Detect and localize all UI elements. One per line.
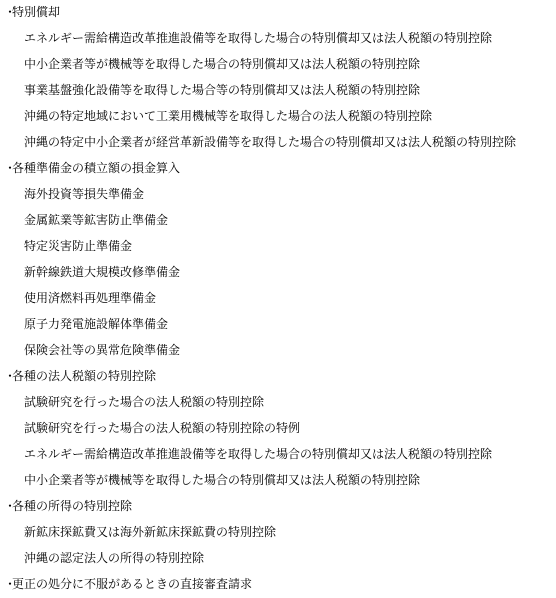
list-item: 沖縄の特定地域において工業用機械等を取得した場合の法人税額の特別控除 bbox=[0, 105, 556, 131]
section-heading: ・各種準備金の積立額の損金算入 bbox=[0, 157, 556, 183]
section-title: 特別償却 bbox=[12, 5, 60, 19]
list-item: 金属鉱業等鉱害防止準備金 bbox=[0, 209, 556, 235]
section-title: 各種準備金の積立額の損金算入 bbox=[12, 161, 180, 175]
bullet-icon: ・ bbox=[4, 495, 12, 517]
list-item: 沖縄の認定法人の所得の特別控除 bbox=[0, 547, 556, 573]
list-item: エネルギー需給構造改革推進設備等を取得した場合の特別償却又は法人税額の特別控除 bbox=[0, 27, 556, 53]
bullet-icon: ・ bbox=[4, 573, 12, 595]
list-item: 海外投資等損失準備金 bbox=[0, 183, 556, 209]
list-item: 試験研究を行った場合の法人税額の特別控除の特例 bbox=[0, 417, 556, 443]
list-item: 原子力発電施設解体準備金 bbox=[0, 313, 556, 339]
list-item: 新鉱床探鉱費又は海外新鉱床探鉱費の特別控除 bbox=[0, 521, 556, 547]
section-heading: ・各種の法人税額の特別控除 bbox=[0, 365, 556, 391]
list-item: 中小企業者等が機械等を取得した場合の特別償却又は法人税額の特別控除 bbox=[0, 53, 556, 79]
bullet-icon: ・ bbox=[4, 157, 12, 179]
list-item: エネルギー需給構造改革推進設備等を取得した場合の特別償却又は法人税額の特別控除 bbox=[0, 443, 556, 469]
list-item: 中小企業者等が機械等を取得した場合の特別償却又は法人税額の特別控除 bbox=[0, 469, 556, 495]
list-item: 使用済燃料再処理準備金 bbox=[0, 287, 556, 313]
list-item: 試験研究を行った場合の法人税額の特別控除 bbox=[0, 391, 556, 417]
section-heading: ・更正の処分に不服があるときの直接審査請求 bbox=[0, 573, 556, 598]
section-heading: ・各種の所得の特別控除 bbox=[0, 495, 556, 521]
section-title: 各種の法人税額の特別控除 bbox=[12, 369, 156, 383]
bullet-icon: ・ bbox=[4, 365, 12, 387]
section-heading: ・特別償却 bbox=[0, 1, 556, 27]
list-item: 新幹線鉄道大規模改修準備金 bbox=[0, 261, 556, 287]
document-list: ・特別償却 エネルギー需給構造改革推進設備等を取得した場合の特別償却又は法人税額… bbox=[0, 0, 556, 598]
list-item: 事業基盤強化設備等を取得した場合等の特別償却又は法人税額の特別控除 bbox=[0, 79, 556, 105]
list-item: 保険会社等の異常危険準備金 bbox=[0, 339, 556, 365]
section-title: 更正の処分に不服があるときの直接審査請求 bbox=[12, 577, 252, 591]
list-item: 沖縄の特定中小企業者が経営革新設備等を取得した場合の特別償却又は法人税額の特別控… bbox=[0, 131, 556, 157]
bullet-icon: ・ bbox=[4, 1, 12, 23]
section-title: 各種の所得の特別控除 bbox=[12, 499, 132, 513]
list-item: 特定災害防止準備金 bbox=[0, 235, 556, 261]
